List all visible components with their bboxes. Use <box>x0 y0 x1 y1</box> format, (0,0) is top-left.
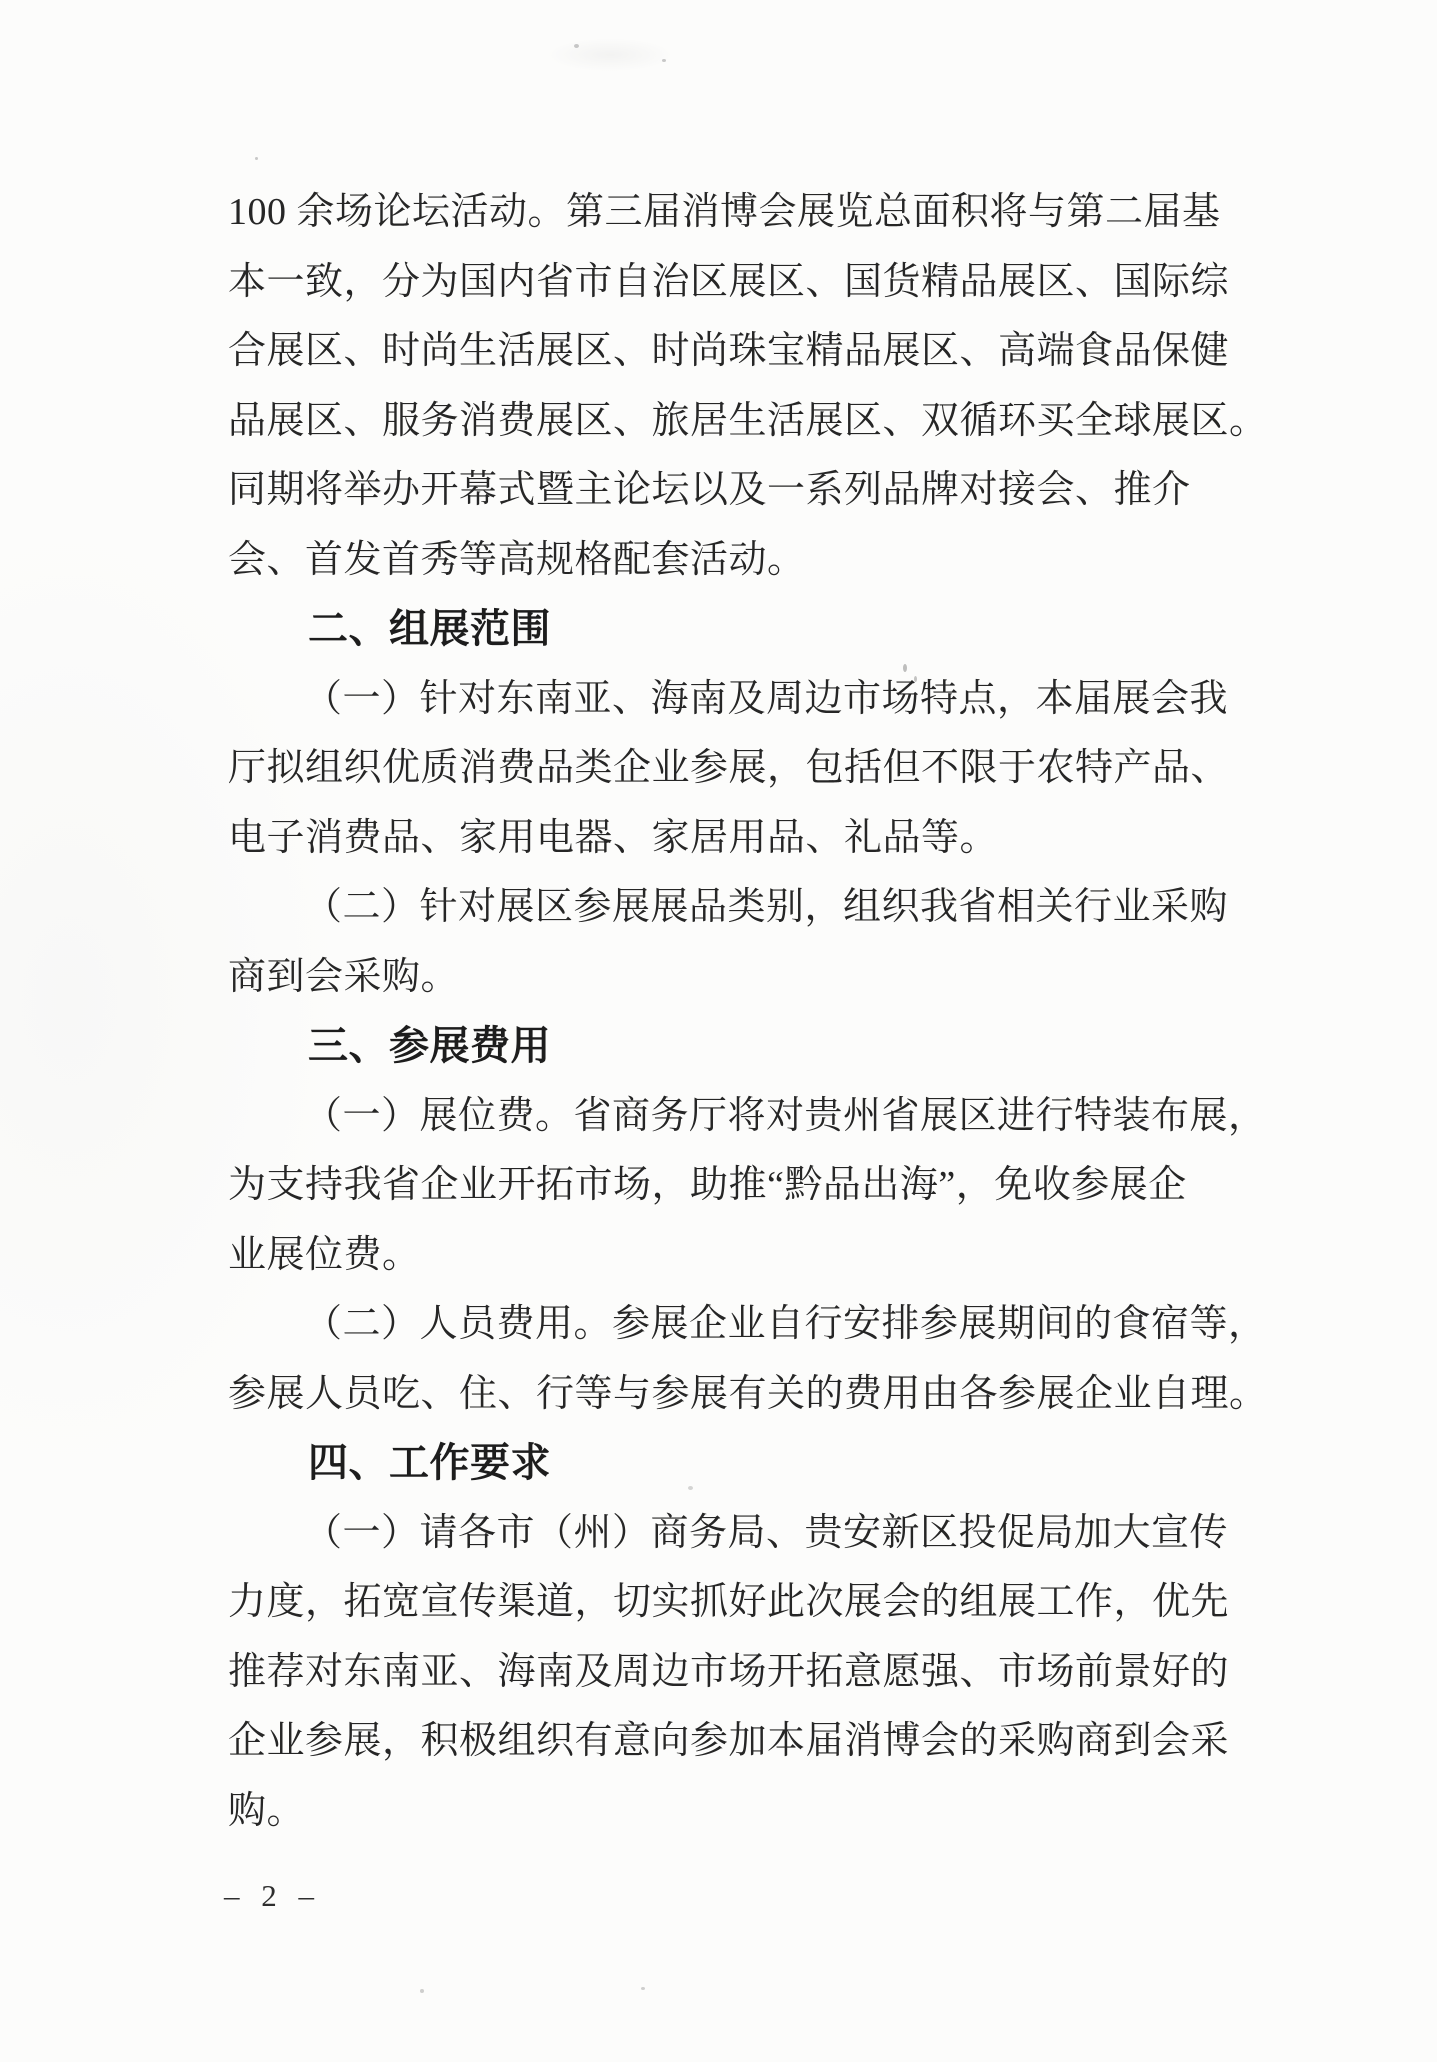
scan-speck <box>662 59 666 62</box>
scan-speck <box>914 676 917 682</box>
document-body: 100 余场论坛活动。第三届消博会展览总面积将与第二届基 本一致，分为国内省市自… <box>228 178 1248 1846</box>
text-line: （二）人员费用。参展企业自行安排参展期间的食宿等， <box>228 1290 1248 1360</box>
text-line: 参展人员吃、住、行等与参展有关的费用由各参展企业自理。 <box>228 1360 1248 1430</box>
scan-speck <box>574 44 579 48</box>
text-line: 同期将举办开幕式暨主论坛以及一系列品牌对接会、推介 <box>228 456 1248 526</box>
text-line: 合展区、时尚生活展区、时尚珠宝精品展区、高端食品保健 <box>228 317 1248 387</box>
text-line: （一）展位费。省商务厅将对贵州省展区进行特装布展， <box>228 1082 1248 1152</box>
document-page: 100 余场论坛活动。第三届消博会展览总面积将与第二届基 本一致，分为国内省市自… <box>0 0 1437 2062</box>
scan-speck <box>903 664 907 672</box>
text-line: 企业参展，积极组织有意向参加本届消博会的采购商到会采 <box>228 1707 1248 1777</box>
text-line: （一）请各市（州）商务局、贵安新区投促局加大宣传 <box>228 1499 1248 1569</box>
text-line: 业展位费。 <box>228 1221 1248 1291</box>
section-heading-3: 三、参展费用 <box>228 1012 1248 1082</box>
text-line: 电子消费品、家用电器、家居用品、礼品等。 <box>228 804 1248 874</box>
text-line: 推荐对东南亚、海南及周边市场开拓意愿强、市场前景好的 <box>228 1638 1248 1708</box>
text-line: 商到会采购。 <box>228 943 1248 1013</box>
text-line: 100 余场论坛活动。第三届消博会展览总面积将与第二届基 <box>228 178 1248 248</box>
text-line: 购。 <box>228 1777 1248 1847</box>
section-heading-2: 二、组展范围 <box>228 595 1248 665</box>
scan-speck <box>420 1989 424 1993</box>
text-line: 会、首发首秀等高规格配套活动。 <box>228 526 1248 596</box>
scan-speck <box>641 1987 645 1990</box>
text-line: （一）针对东南亚、海南及周边市场特点，本届展会我 <box>228 665 1248 735</box>
scan-speck <box>255 157 258 160</box>
page-number: – 2 – <box>224 1878 321 1914</box>
text-line: 力度，拓宽宣传渠道，切实抓好此次展会的组展工作，优先 <box>228 1568 1248 1638</box>
text-line: （二）针对展区参展展品类别，组织我省相关行业采购 <box>228 873 1248 943</box>
section-heading-4: 四、工作要求 <box>228 1429 1248 1499</box>
text-line: 本一致，分为国内省市自治区展区、国货精品展区、国际综 <box>228 248 1248 318</box>
text-line: 品展区、服务消费展区、旅居生活展区、双循环买全球展区。 <box>228 387 1248 457</box>
scan-speck <box>688 1486 693 1490</box>
text-line: 厅拟组织优质消费品类企业参展，包括但不限于农特产品、 <box>228 734 1248 804</box>
text-line: 为支持我省企业开拓市场，助推“黔品出海”，免收参展企 <box>228 1151 1248 1221</box>
